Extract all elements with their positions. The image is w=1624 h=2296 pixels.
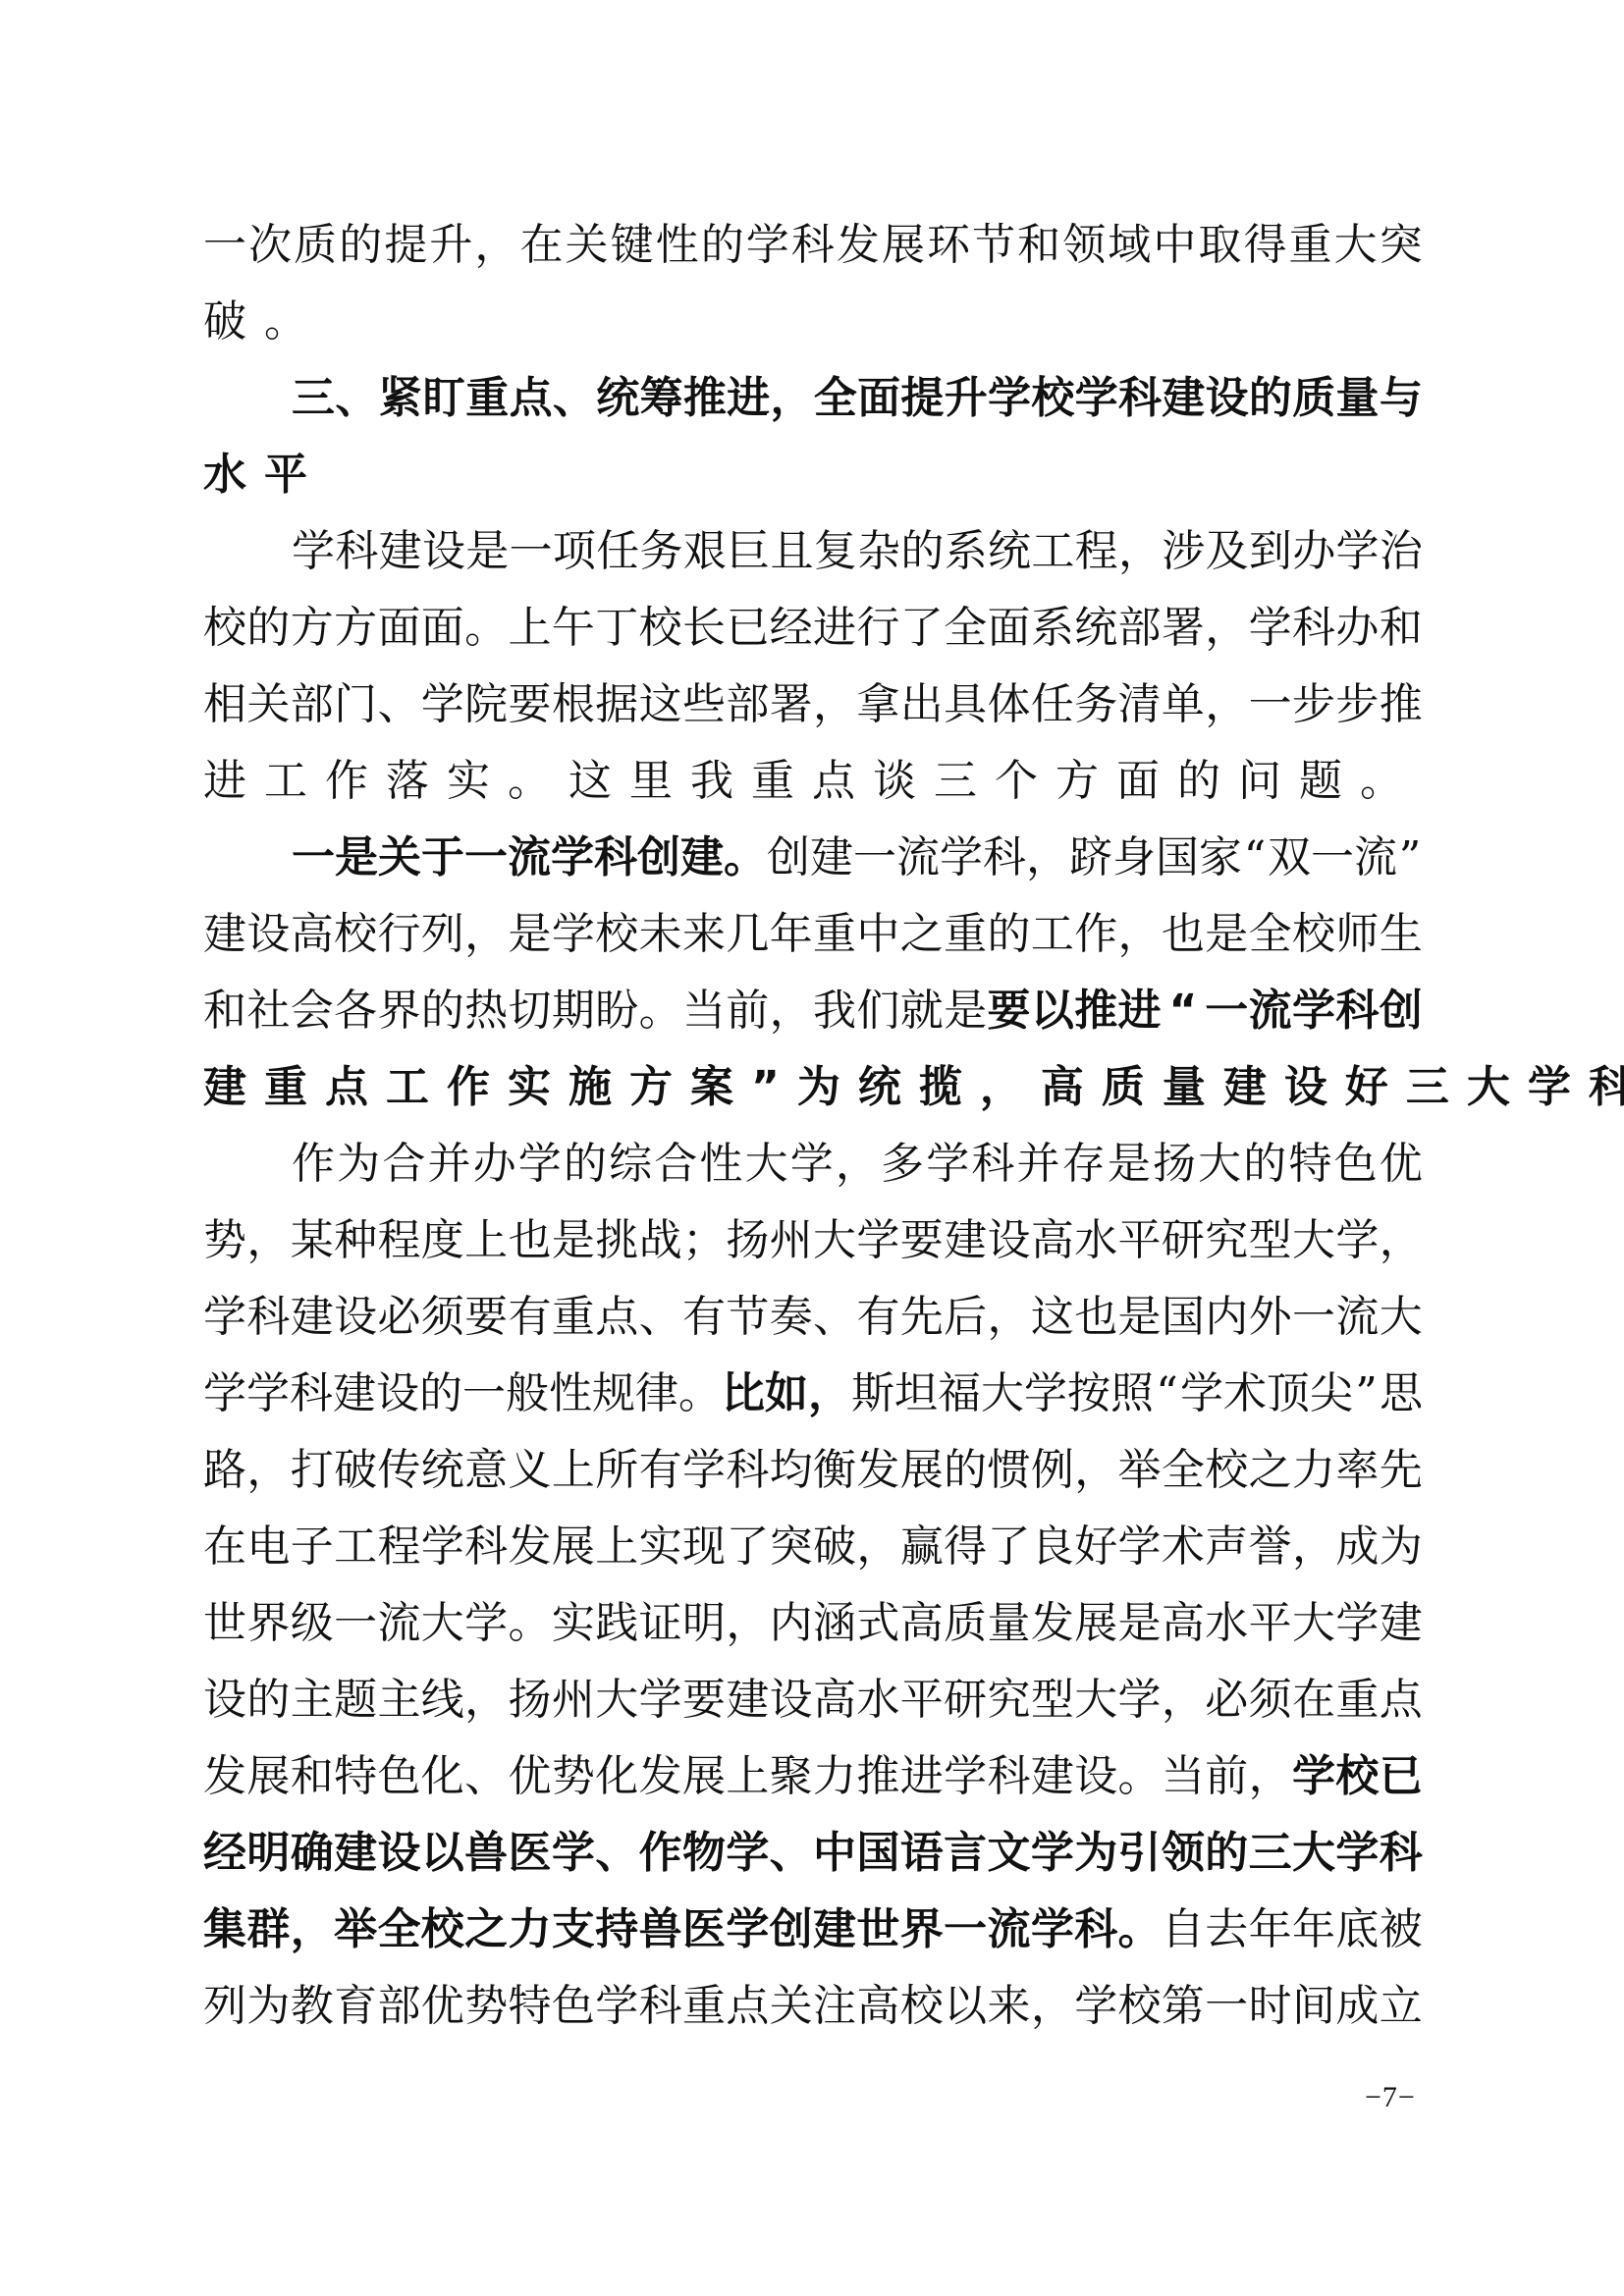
text-glyph: 一	[1311, 830, 1354, 907]
text-glyph: 和	[1017, 218, 1060, 294]
text-glyph: 要	[509, 677, 552, 754]
paragraph-line: 发展和特色化、优势化发展上聚力推进学科建设。当前，学校已	[203, 1749, 1423, 1826]
text-glyph: 题	[1299, 754, 1342, 830]
text-glyph: 质	[944, 1596, 987, 1673]
text-glyph: 的	[421, 984, 464, 1060]
text-glyph: 作	[1074, 907, 1117, 984]
text-glyph: 和	[1380, 601, 1423, 677]
paragraph-line: 作为合并办学的综合性大学，多学科并存是扬大的特色优	[203, 1137, 1423, 1213]
text-glyph: 次	[248, 218, 292, 294]
bold-text-glyph: 界	[900, 1902, 944, 1979]
text-glyph: 节	[972, 218, 1015, 294]
bold-text-glyph: 为	[797, 1060, 840, 1137]
bold-text-glyph: 点	[325, 1060, 368, 1137]
text-glyph: 色	[377, 1749, 420, 1826]
text-glyph: 福	[938, 1366, 981, 1443]
text-glyph: 学	[639, 1673, 682, 1749]
text-glyph: 。	[508, 754, 551, 830]
text-glyph: 良	[1031, 1520, 1074, 1596]
text-glyph: 科	[335, 524, 378, 601]
text-glyph: 有	[856, 1290, 899, 1366]
text-glyph: ，	[856, 1520, 899, 1596]
text-glyph: 工	[1031, 907, 1074, 984]
text-glyph: 优	[421, 1979, 464, 2056]
text-glyph: 被	[1380, 1902, 1423, 1979]
text-glyph: 科	[983, 830, 1026, 907]
text-glyph: 和	[291, 1749, 334, 1826]
text-glyph: 流	[377, 1596, 420, 1673]
text-glyph: 我	[813, 984, 856, 1060]
text-glyph: 第	[1162, 1979, 1205, 2056]
text-glyph: 育	[334, 1979, 377, 2056]
bold-text-glyph: ，	[770, 371, 813, 448]
text-glyph: 去	[1205, 1902, 1248, 1979]
text-glyph: 为	[246, 1979, 290, 2056]
paragraph-line: 校的方方面面。上午丁校长已经进行了全面系统部署，学科办和	[203, 601, 1423, 677]
text-glyph: 一	[1249, 677, 1292, 754]
text-glyph: 。	[1118, 1749, 1162, 1826]
text-glyph: 工	[1031, 524, 1074, 601]
text-glyph: 有	[509, 1290, 552, 1366]
bold-text-glyph: 学	[1335, 1826, 1379, 1902]
bold-text-glyph: 学	[726, 1902, 769, 1979]
text-glyph: 有	[639, 1443, 682, 1520]
text-glyph: 证	[639, 1596, 682, 1673]
bold-text-glyph: 好	[1345, 1060, 1388, 1137]
page-number: −7−	[1365, 2081, 1416, 2114]
bold-text-glyph: 是	[335, 830, 378, 907]
text-glyph: 推	[856, 1749, 899, 1826]
bold-text-glyph: 三	[1406, 1060, 1449, 1137]
text-glyph: 学	[856, 1213, 899, 1290]
text-glyph: ，	[1162, 1673, 1205, 1749]
text-glyph: 根	[552, 677, 595, 754]
text-glyph: 系	[945, 524, 988, 601]
paragraph-line: 建设高校行列，是学校未来几年重中之重的工作，也是全校师生	[203, 907, 1423, 984]
text-glyph: 型	[1249, 1213, 1292, 1290]
bold-text-glyph: 学	[552, 1826, 595, 1902]
text-glyph: 特	[334, 1749, 377, 1826]
bold-text-glyph: 科	[1589, 1060, 1624, 1137]
text-glyph: 和	[203, 984, 246, 1060]
bold-text-glyph: 科	[1074, 1902, 1117, 1979]
text-glyph: 平	[900, 1673, 944, 1749]
text-glyph: 学	[944, 1749, 987, 1826]
bold-text-glyph: 平	[264, 448, 307, 524]
document-page: 一次质的提升，在关键性的学科发展环节和领域中取得重大突破。三、紧盯重点、统筹推进…	[203, 218, 1423, 2056]
text-glyph: 是	[1118, 1290, 1162, 1366]
paragraph-line: 相关部门、学院要根据这些部署，拿出具体任务清单，一步步推	[203, 677, 1423, 754]
text-glyph: 重	[944, 907, 987, 984]
bold-text-glyph: 方	[629, 1060, 673, 1137]
text-glyph: 一	[203, 218, 246, 294]
text-glyph: 列	[421, 907, 464, 984]
text-glyph: 年	[770, 907, 813, 984]
text-glyph: 大	[1292, 1213, 1335, 1290]
text-glyph: 部	[291, 677, 334, 754]
text-glyph: 发	[856, 1443, 899, 1520]
bold-text-glyph: “	[1162, 984, 1205, 1060]
text-glyph: 中	[1153, 218, 1196, 294]
text-glyph: 面	[377, 601, 420, 677]
bold-text-glyph: 统	[596, 371, 639, 448]
text-glyph: 关	[246, 677, 290, 754]
text-glyph: 切	[509, 984, 552, 1060]
text-glyph: 扬	[509, 1673, 552, 1749]
text-glyph: 主	[291, 1673, 334, 1749]
text-glyph: 。	[509, 1596, 552, 1673]
paragraph-line: 一次质的提升，在关键性的学科发展环节和领域中取得重大突	[203, 218, 1423, 294]
text-glyph: 盼	[595, 984, 638, 1060]
text-glyph: 前	[726, 984, 769, 1060]
bold-text-glyph: 确	[291, 1826, 334, 1902]
paragraph-line: 集群，举全校之力支持兽医学创建世界一流学科。自去年年底被	[203, 1902, 1423, 1979]
text-glyph: ，	[464, 1673, 508, 1749]
text-glyph: ，	[1380, 1213, 1423, 1290]
text-glyph: 问	[1238, 754, 1281, 830]
text-glyph: “	[1242, 830, 1268, 907]
bold-text-glyph: 校	[421, 1902, 464, 1979]
text-glyph: 术	[1223, 1366, 1267, 1443]
bold-text-glyph: 创	[637, 830, 680, 907]
text-glyph: 必	[1205, 1673, 1248, 1749]
bold-text-glyph: 、	[553, 371, 596, 448]
text-glyph: 学	[1118, 1673, 1162, 1749]
text-glyph: 门	[334, 677, 377, 754]
bold-text-glyph: 全	[377, 1902, 420, 1979]
text-glyph: 。	[678, 1366, 722, 1443]
text-glyph: 艰	[683, 524, 727, 601]
bold-text-glyph: 学	[1031, 1826, 1074, 1902]
text-glyph: 重	[751, 754, 794, 830]
text-glyph: 挑	[595, 1213, 638, 1290]
text-glyph: 的	[987, 907, 1030, 984]
text-glyph: 学	[1024, 1366, 1067, 1443]
text-glyph: 势	[203, 1213, 246, 1290]
text-glyph: 均	[770, 1443, 813, 1520]
text-glyph: 时	[1249, 1979, 1292, 2056]
text-glyph: 展	[552, 1520, 595, 1596]
text-glyph: 个	[995, 754, 1038, 830]
text-glyph: 一	[1292, 1290, 1335, 1366]
text-glyph: 大	[1198, 1137, 1241, 1213]
text-glyph: 力	[813, 1749, 856, 1826]
text-glyph: 水	[856, 1673, 899, 1749]
bold-text-glyph: 盯	[422, 371, 465, 448]
text-glyph: ，	[1205, 601, 1248, 677]
paragraph-line: 一是关于一流学科创建。创建一流学科，跻身国家“双一流”	[203, 830, 1423, 907]
section-heading-line: 三、紧盯重点、统筹推进，全面提升学校学科建设的质量与	[203, 371, 1423, 448]
text-glyph: 科	[246, 1290, 290, 1366]
text-glyph: 单	[1162, 677, 1205, 754]
text-glyph: 并	[427, 1137, 470, 1213]
text-glyph: 且	[770, 524, 813, 601]
bold-text-glyph: 一	[944, 1902, 987, 1979]
text-glyph: 在	[519, 218, 563, 294]
text-glyph: 各	[334, 984, 377, 1060]
text-glyph: 全	[1249, 907, 1292, 984]
text-glyph: “	[1154, 1366, 1180, 1443]
text-glyph: 丁	[595, 601, 638, 677]
text-glyph: 流	[896, 830, 940, 907]
text-glyph: 以	[944, 1979, 987, 2056]
text-glyph: 点	[1380, 1673, 1423, 1749]
text-glyph: 建	[203, 907, 246, 984]
text-glyph: 社	[246, 984, 290, 1060]
text-glyph: ”	[1353, 1366, 1380, 1443]
section-heading-line: 水平	[203, 448, 1423, 524]
bold-text-glyph: 世	[856, 1902, 899, 1979]
text-glyph: 当	[682, 984, 726, 1060]
text-glyph: 坦	[894, 1366, 938, 1443]
text-glyph: 究	[1205, 1213, 1248, 1290]
text-glyph: 国	[1156, 830, 1199, 907]
text-glyph: 重	[552, 1290, 595, 1366]
text-glyph: 子	[291, 1520, 334, 1596]
text-glyph: 谈	[873, 754, 916, 830]
bold-text-glyph: 与	[1380, 371, 1423, 448]
text-glyph: 必	[377, 1290, 420, 1366]
text-glyph: 界	[377, 984, 420, 1060]
text-glyph: 重	[813, 907, 856, 984]
text-glyph: 有	[682, 1290, 726, 1366]
text-glyph: 科	[971, 1137, 1014, 1213]
bold-text-glyph: 、	[770, 1826, 813, 1902]
bold-text-glyph: 设	[1284, 1060, 1327, 1137]
text-glyph: 设	[1074, 1749, 1117, 1826]
bold-text-glyph: 于	[421, 830, 464, 907]
bold-text-glyph: 医	[682, 1902, 726, 1979]
text-glyph: 院	[464, 677, 508, 754]
text-glyph: 色	[1334, 1137, 1378, 1213]
text-glyph: 学	[464, 1596, 508, 1673]
text-glyph: 校	[334, 907, 377, 984]
text-glyph: 性	[549, 1366, 592, 1443]
text-glyph: 底	[1335, 1902, 1379, 1979]
text-glyph: 校	[203, 601, 246, 677]
text-glyph: 展	[1074, 1596, 1117, 1673]
text-glyph: 也	[1162, 907, 1205, 984]
text-glyph: 学	[421, 677, 464, 754]
text-glyph: 设	[987, 1213, 1030, 1290]
text-glyph: 路	[203, 1443, 246, 1520]
bold-text-glyph: ，	[808, 1366, 851, 1443]
text-glyph: 设	[246, 907, 290, 984]
bold-text-glyph: 。	[1118, 1902, 1162, 1979]
text-glyph: 校	[1205, 1443, 1248, 1520]
text-glyph: 建	[726, 1673, 769, 1749]
text-glyph: 的	[900, 524, 944, 601]
text-glyph: 拿	[856, 677, 899, 754]
bold-text-glyph: 物	[682, 1826, 726, 1902]
bold-text-glyph: 校	[1031, 371, 1074, 448]
bold-text-glyph: 学	[988, 371, 1031, 448]
text-glyph: 存	[1062, 1137, 1106, 1213]
text-glyph: 现	[682, 1520, 726, 1596]
text-glyph: 实	[552, 1596, 595, 1673]
text-glyph: 扬	[726, 1213, 769, 1290]
text-glyph: 是	[509, 907, 552, 984]
bold-text-glyph: 关	[378, 830, 421, 907]
text-glyph: 高	[900, 1596, 944, 1673]
bold-text-glyph: 全	[814, 371, 857, 448]
text-glyph: 程	[377, 1520, 420, 1596]
bold-text-glyph: 施	[568, 1060, 612, 1137]
text-glyph: 。	[264, 294, 307, 371]
text-glyph: 的	[339, 218, 382, 294]
bold-text-glyph: 学	[1292, 1749, 1335, 1826]
text-glyph: 学	[1335, 1213, 1379, 1290]
text-glyph: 种	[334, 1213, 377, 1290]
text-glyph: 须	[421, 1290, 464, 1366]
text-glyph: 关	[770, 1979, 813, 2056]
text-glyph: 建	[333, 1366, 376, 1443]
text-glyph: 流	[1354, 830, 1397, 907]
paragraph-line: 势，某种程度上也是挑战；扬州大学要建设高水平研究型大学，	[203, 1213, 1423, 1290]
bold-text-glyph: 如	[765, 1366, 808, 1443]
text-glyph: 面	[421, 601, 464, 677]
bold-text-glyph: 面	[857, 371, 900, 448]
text-glyph: 学	[926, 1137, 969, 1213]
text-glyph: 建	[944, 1213, 987, 1290]
text-glyph: 校	[639, 601, 682, 677]
text-glyph: ，	[464, 907, 508, 984]
text-glyph: 关	[566, 218, 609, 294]
bold-text-glyph: 工	[386, 1060, 429, 1137]
text-glyph: 工	[264, 754, 307, 830]
text-glyph: 质	[294, 218, 337, 294]
bold-text-glyph: 学	[551, 830, 594, 907]
text-glyph: 全	[944, 601, 987, 677]
text-glyph: 方	[1056, 754, 1099, 830]
text-glyph: 学	[1336, 524, 1380, 601]
text-glyph: 设	[422, 524, 465, 601]
text-glyph: 、	[813, 1290, 856, 1366]
text-glyph: 所	[595, 1443, 638, 1520]
bold-text-glyph: 流	[987, 1902, 1030, 1979]
text-glyph: 是	[1108, 1137, 1151, 1213]
text-glyph: 设	[203, 1673, 246, 1749]
text-glyph: 研	[944, 1673, 987, 1749]
text-glyph: 升	[429, 218, 472, 294]
text-glyph: 学	[1118, 1520, 1162, 1596]
paragraph-line: 在电子工程学科发展上实现了突破，赢得了良好学术声誉，成为	[203, 1520, 1423, 1596]
text-glyph: 聚	[770, 1749, 813, 1826]
text-glyph: ，	[1074, 1443, 1117, 1520]
text-glyph: 体	[987, 677, 1030, 754]
bold-text-glyph: 的	[1249, 371, 1292, 448]
text-glyph: 进	[900, 1749, 944, 1826]
text-glyph: 部	[1118, 601, 1162, 677]
text-glyph: 学	[595, 1979, 638, 2056]
text-glyph: 究	[987, 1673, 1030, 1749]
text-glyph: 面	[987, 601, 1030, 677]
text-glyph: 项	[553, 524, 596, 601]
text-glyph: 誉	[1249, 1520, 1292, 1596]
bold-text-glyph: ，	[980, 1060, 1023, 1137]
text-glyph: 任	[1031, 677, 1074, 754]
bold-text-glyph: 流	[1249, 984, 1292, 1060]
text-glyph: 据	[595, 677, 638, 754]
text-glyph: 是	[552, 1213, 595, 1290]
text-glyph: 学	[203, 1366, 246, 1443]
text-glyph: 的	[701, 218, 744, 294]
bold-text-glyph: 创	[770, 1902, 813, 1979]
text-glyph: 点	[595, 1290, 638, 1366]
bold-text-glyph: 学	[1292, 984, 1335, 1060]
text-glyph: 程	[377, 1213, 420, 1290]
text-glyph: 行	[377, 907, 420, 984]
bold-text-glyph: 、	[595, 1826, 638, 1902]
bold-text-glyph: 支	[552, 1902, 595, 1979]
paragraph-line: 学学科建设的一般性规律。比如，斯坦福大学按照“学术顶尖”思	[203, 1366, 1423, 1443]
text-glyph: 也	[509, 1213, 552, 1290]
bold-text-glyph: 推	[683, 371, 727, 448]
text-glyph: 办	[1292, 524, 1335, 601]
text-glyph: 程	[1075, 524, 1118, 601]
text-glyph: 学	[790, 1137, 834, 1213]
text-glyph: 尖	[1310, 1366, 1353, 1443]
bold-text-glyph: 之	[464, 1902, 508, 1979]
text-glyph: 。	[639, 984, 682, 1060]
text-glyph: 长	[682, 601, 726, 677]
text-glyph: 上	[509, 601, 552, 677]
text-glyph: 步	[1335, 677, 1379, 754]
text-glyph: 奏	[770, 1290, 813, 1366]
text-glyph: 学	[246, 1366, 290, 1443]
bold-text-glyph: 作	[447, 1060, 490, 1137]
text-glyph: 部	[726, 677, 769, 754]
bold-text-glyph: 文	[987, 1826, 1030, 1902]
text-glyph: 色	[552, 1979, 595, 2056]
text-glyph: 列	[203, 1979, 246, 2056]
text-glyph: 。	[1360, 754, 1403, 830]
text-glyph: 域	[1108, 218, 1151, 294]
text-glyph: 的	[419, 1366, 462, 1443]
text-glyph: 的	[246, 601, 290, 677]
text-glyph: 相	[203, 677, 246, 754]
text-glyph: 一	[334, 1596, 377, 1673]
text-glyph: 年	[1292, 1902, 1335, 1979]
text-glyph: 大	[1292, 1596, 1335, 1673]
text-glyph: 践	[595, 1596, 638, 1673]
text-glyph: 发	[203, 1749, 246, 1826]
bold-text-glyph: 科	[1335, 984, 1379, 1060]
text-glyph: 作	[292, 1137, 335, 1213]
text-glyph: 高	[1031, 1213, 1074, 1290]
text-glyph: 巨	[727, 524, 770, 601]
text-glyph: 发	[639, 1749, 682, 1826]
text-glyph: 治	[1380, 524, 1423, 601]
text-glyph: 前	[1205, 1749, 1248, 1826]
text-glyph: 学	[1335, 1596, 1379, 1673]
text-glyph: ，	[836, 1137, 879, 1213]
bold-text-glyph: 点	[510, 371, 553, 448]
text-glyph: 先	[900, 1290, 944, 1366]
text-glyph: ，	[1118, 524, 1162, 601]
bold-text-glyph: 建	[203, 1060, 246, 1137]
bold-text-glyph: 集	[203, 1902, 246, 1979]
text-glyph: 这	[568, 754, 612, 830]
bold-text-glyph: 量	[1336, 371, 1380, 448]
text-glyph: 规	[592, 1366, 635, 1443]
text-glyph: 作	[325, 754, 368, 830]
text-glyph: 为	[337, 1137, 380, 1213]
text-glyph: 就	[900, 984, 944, 1060]
text-glyph: 明	[682, 1596, 726, 1673]
text-glyph: 要	[682, 1673, 726, 1749]
text-glyph: 具	[944, 677, 987, 754]
